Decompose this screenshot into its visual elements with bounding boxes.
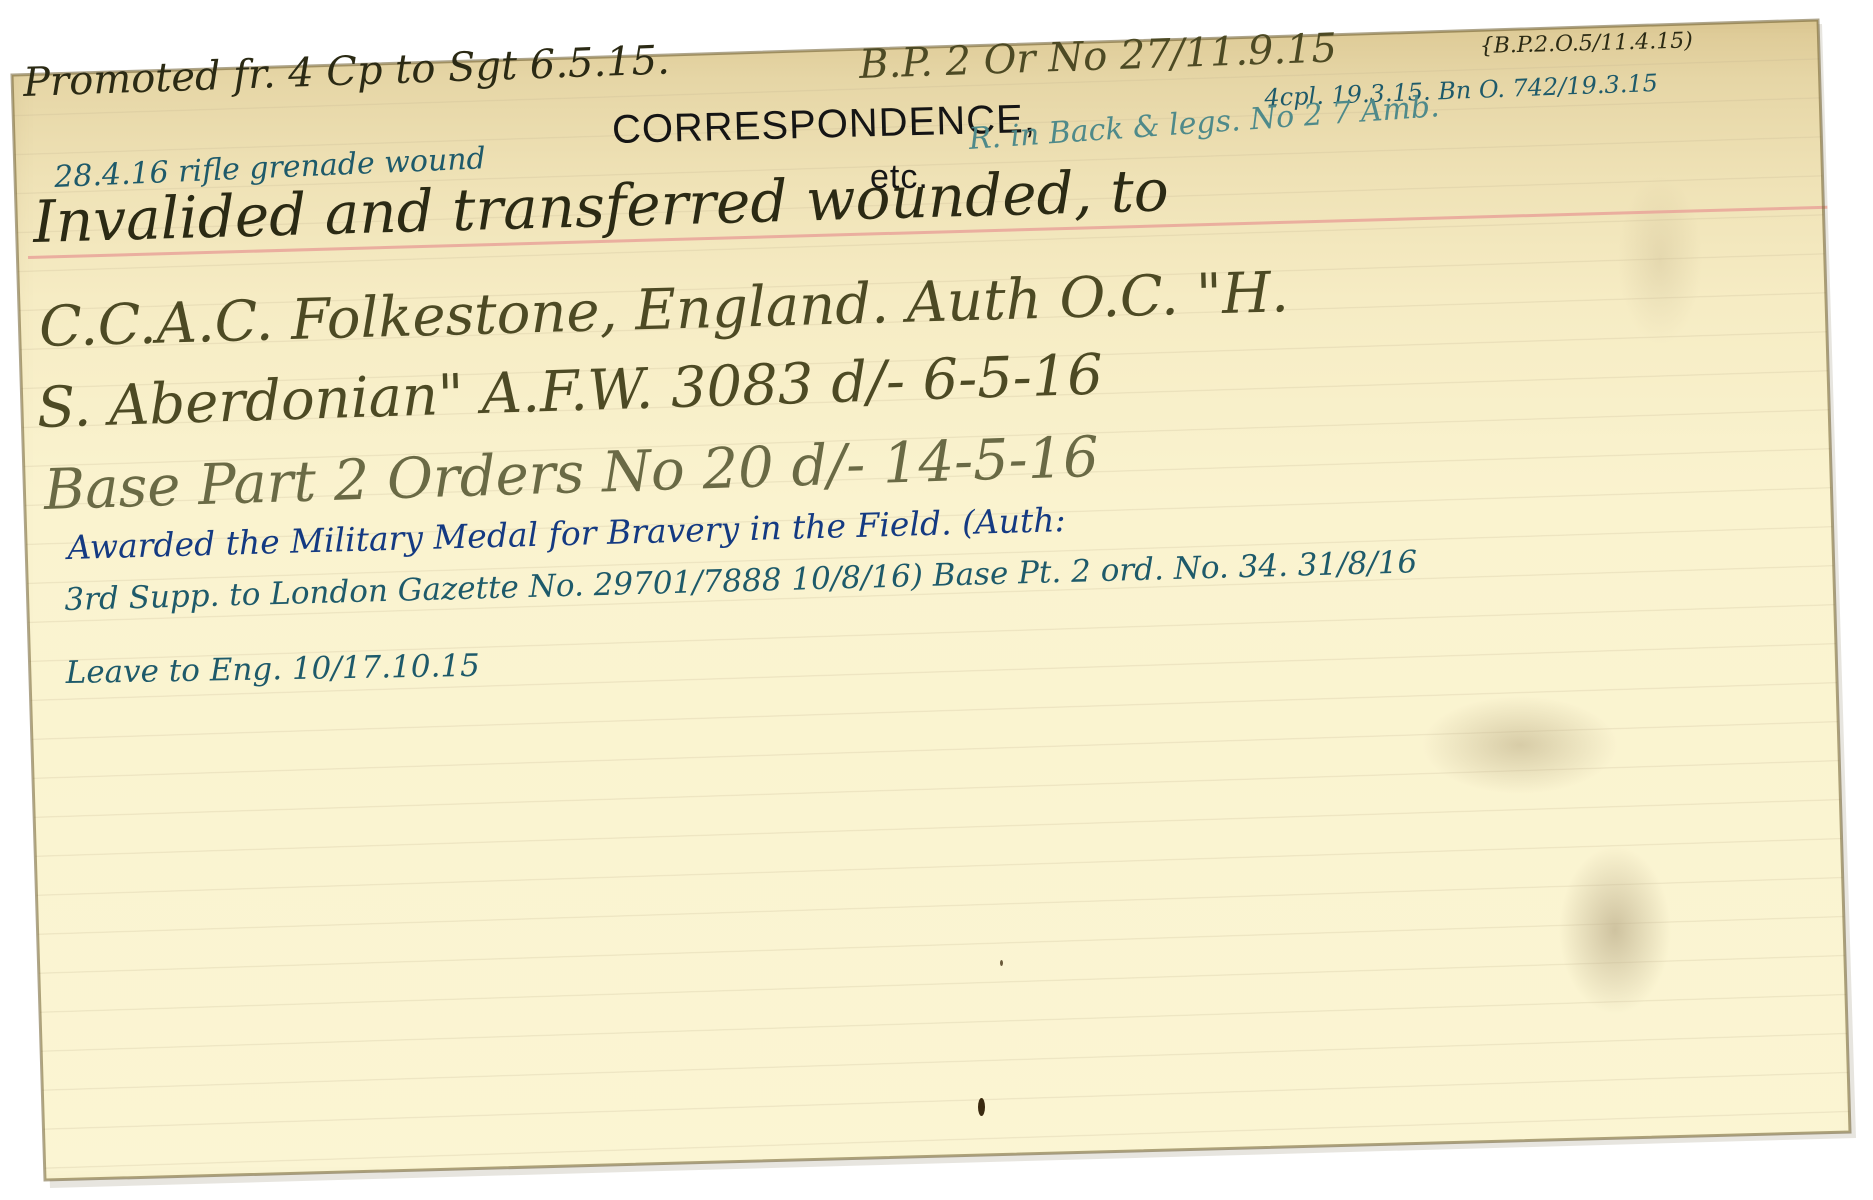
ink-speck-small [1000,960,1003,966]
ink-speck [978,1098,985,1116]
entry-leave-to-england: Leave to Eng. 10/17.10.15 [65,648,480,691]
